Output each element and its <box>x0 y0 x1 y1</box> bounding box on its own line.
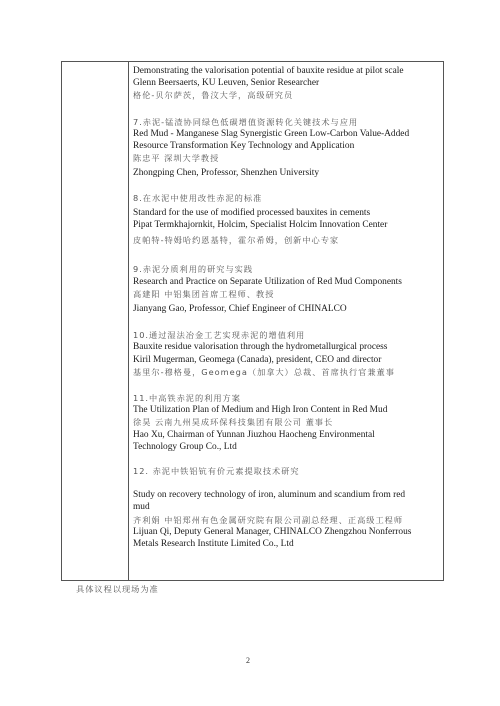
speaker-en: Kiril Mugerman, Geomega (Canada), presid… <box>133 354 439 366</box>
talk-title-cn: 11.中高铁赤泥的利用方案 <box>133 392 439 404</box>
agenda-footnote: 具体议程以现场为准 <box>76 584 159 595</box>
talk-title-en: Demonstrating the valorisation potential… <box>133 65 439 77</box>
agenda-table: Demonstrating the valorisation potential… <box>61 61 444 581</box>
speaker-cn: 格伦-贝尔萨茨，鲁汶大学，高级研究员 <box>133 89 439 101</box>
speaker-en-cont: Metals Research Institute Limited Co., L… <box>133 538 439 550</box>
page-number: 2 <box>246 656 250 665</box>
agenda-item: Demonstrating the valorisation potential… <box>133 65 439 102</box>
talk-title-en: Red Mud - Manganese Slag Synergistic Gre… <box>133 128 439 140</box>
talk-title-en-cont: mud <box>133 501 439 513</box>
speaker-en: Jianyang Gao, Professor, Chief Engineer … <box>133 303 439 315</box>
agenda-item: 10.通过湿法冶金工艺实现赤泥的增值利用 Bauxite residue val… <box>133 329 439 378</box>
agenda-time-column <box>62 62 129 580</box>
talk-title-cn: 10.通过湿法冶金工艺实现赤泥的增值利用 <box>133 329 439 341</box>
agenda-item: 11.中高铁赤泥的利用方案 The Utilization Plan of Me… <box>133 392 439 453</box>
agenda-content-column: Demonstrating the valorisation potential… <box>129 62 443 580</box>
talk-title-en: Research and Practice on Separate Utiliz… <box>133 276 439 288</box>
agenda-item: 9.赤泥分质利用的研究与实践 Research and Practice on … <box>133 263 439 315</box>
speaker-cn: 皮帕特-特姆哈约恩基特，霍尔希姆，创新中心专家 <box>133 234 439 246</box>
agenda-item: 12. 赤泥中铁铝钪有价元素提取技术研究 Study on recovery t… <box>133 465 439 550</box>
talk-title-cn: 7.赤泥-锰渣协同绿色低碳增值资源转化关键技术与应用 <box>133 116 439 128</box>
speaker-en: Zhongping Chen, Professor, Shenzhen Univ… <box>133 167 439 179</box>
agenda-item: 7.赤泥-锰渣协同绿色低碳增值资源转化关键技术与应用 Red Mud - Man… <box>133 116 439 180</box>
talk-title-cn: 8.在水泥中使用改性赤泥的标准 <box>133 192 439 204</box>
speaker-cn: 齐利娟 中铝郑州有色金属研究院有限公司副总经理、正高级工程师 <box>133 514 439 526</box>
agenda-item: 8.在水泥中使用改性赤泥的标准 Standard for the use of … <box>133 192 439 247</box>
speaker-en: Glenn Beersaerts, KU Leuven, Senior Rese… <box>133 77 439 89</box>
speaker-en-cont: Technology Group Co., Ltd <box>133 441 439 453</box>
talk-title-en: Study on recovery technology of iron, al… <box>133 489 439 501</box>
speaker-cn: 高建阳 中铝集团首席工程师、教授 <box>133 288 439 300</box>
speaker-cn: 陈忠平 深圳大学教授 <box>133 152 439 164</box>
talk-title-en-cont: Resource Transformation Key Technology a… <box>133 140 439 152</box>
speaker-en: Pipat Termkhajornkit, Holcim, Specialist… <box>133 219 439 231</box>
talk-title-cn: 12. 赤泥中铁铝钪有价元素提取技术研究 <box>133 465 439 477</box>
talk-title-en: Bauxite residue valorisation through the… <box>133 341 439 353</box>
speaker-cn: 基里尔-穆格曼，Geomega（加拿大）总裁、首席执行官兼董事 <box>133 366 439 378</box>
speaker-en: Hao Xu, Chairman of Yunnan Jiuzhou Haoch… <box>133 429 439 441</box>
talk-title-en: Standard for the use of modified process… <box>133 207 439 219</box>
speaker-cn: 徐昊 云南九州昊成环保科技集团有限公司 董事长 <box>133 416 439 428</box>
document-page: Demonstrating the valorisation potential… <box>0 0 500 706</box>
talk-title-cn: 9.赤泥分质利用的研究与实践 <box>133 263 439 275</box>
speaker-en: Lijuan Qi, Deputy General Manager, CHINA… <box>133 526 439 538</box>
talk-title-en: The Utilization Plan of Medium and High … <box>133 404 439 416</box>
